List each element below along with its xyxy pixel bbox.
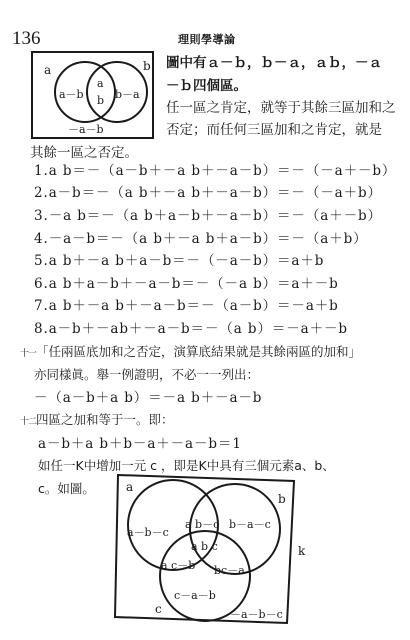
equation-row: 2.a－b＝－（a b＋－a b＋－a－b）＝－（－a＋b） bbox=[34, 185, 382, 201]
equation-number: 2. bbox=[34, 185, 49, 201]
equation-text: a b＋－a b＋a－b＝－（－a－b）＝a＋b bbox=[49, 253, 325, 269]
label-outside: －a－b bbox=[68, 123, 104, 136]
label-b-only: b－a－c bbox=[229, 518, 271, 531]
equation-row: 6.a b＋a－b＋－a－b＝－（－a b）＝a＋－b bbox=[34, 276, 339, 292]
section-11-marker: 十一 bbox=[20, 349, 36, 359]
section-12-statement: 四區之加和等于一。即： bbox=[36, 412, 174, 427]
label-a-minus-b: a－b bbox=[59, 88, 84, 101]
label-bc-not-a: bc－a bbox=[214, 564, 245, 577]
venn-diagram-three-sets: a b c k a－b－c a b－c b－a－c a b c a c－b bc… bbox=[110, 473, 310, 638]
label-abc: a b c bbox=[191, 540, 218, 553]
equation-row: 7.a b＋－a b＋－a－b＝－（a－b）＝－a＋b bbox=[34, 298, 339, 314]
label-outside: －a－b－c bbox=[230, 608, 283, 621]
venn-diagram-two-sets: a b a－b a b b－a －a－b bbox=[30, 50, 160, 142]
equation-text: －a－b＝－（a b＋－a b＋a－b）＝－（a＋b） bbox=[49, 231, 368, 247]
equation-number: 6. bbox=[34, 276, 49, 292]
equation-number: 5. bbox=[34, 253, 49, 269]
section-11-formula: －（a－b＋a b）＝－a b＋－a－b bbox=[34, 390, 262, 406]
equation-number: 1. bbox=[34, 163, 49, 179]
label-b: b bbox=[278, 492, 286, 506]
section-11-line-2: 亦同樣眞。舉一例證明，不必一一列出： bbox=[34, 367, 259, 383]
label-ac-not-b: a c－b bbox=[161, 559, 195, 572]
equation-text: －a b＝－（a b＋a－b＋－a－b）＝－（a＋－b） bbox=[49, 208, 382, 224]
label-a: a bbox=[44, 63, 51, 77]
section-11-statement: 「任兩區底加和之否定，演算底結果就是其餘兩區的加和」 bbox=[36, 344, 361, 359]
equation-row: 8.a－b＋－ab＋－a－b＝－（a b）＝－a＋－b bbox=[34, 321, 348, 337]
intro-line-1: 圖中有ａ－ｂ，ｂ－ａ，ａｂ，－ａ bbox=[166, 55, 382, 71]
label-a: a bbox=[126, 480, 133, 494]
equation-text: a－b＝－（a b＋－a b＋－a－b）＝－（－a＋b） bbox=[49, 185, 382, 201]
equation-number: 4. bbox=[34, 231, 49, 247]
label-b: b bbox=[143, 59, 151, 73]
intro-line-5: 其餘一區之否定。 bbox=[30, 145, 138, 161]
label-ab-not-c: a b－c bbox=[185, 518, 219, 531]
equation-number: 8. bbox=[34, 321, 49, 337]
intro-line-4: 否定；而任何三區加和之肯定，就是 bbox=[166, 122, 382, 138]
equation-number: 7. bbox=[34, 298, 49, 314]
equation-text: a b＝－（a－b＋－a b＋－a－b）＝－（－a＋－b） bbox=[49, 163, 397, 179]
label-c-only: c－a－b bbox=[174, 589, 216, 602]
equation-row: 3.－a b＝－（a b＋a－b＋－a－b）＝－（a＋－b） bbox=[34, 208, 382, 224]
running-title: 理則學導論 bbox=[178, 31, 236, 47]
section-12-line-2: 如任一K中增加一元 c ，即是K中具有三個元素a、b、 bbox=[38, 458, 335, 474]
equation-row: 4.－a－b＝－（a b＋－a b＋a－b）＝－（a＋b） bbox=[34, 231, 368, 247]
label-k: k bbox=[298, 544, 306, 558]
section-12-marker: 十二 bbox=[20, 417, 36, 427]
intro-line-3: 任一區之肯定，就等于其餘三區加和之 bbox=[166, 100, 396, 116]
equation-number: 3. bbox=[34, 208, 49, 224]
section-12-line-3: c。如圖。 bbox=[38, 481, 95, 497]
equation-text: a b＋－a b＋－a－b＝－（a－b）＝－a＋b bbox=[49, 298, 339, 314]
section-12-line-1: 十二四區之加和等于一。即： bbox=[20, 412, 174, 430]
section-11-line-1: 十一「任兩區底加和之否定，演算底結果就是其餘兩區的加和」 bbox=[20, 344, 361, 362]
label-a-only: a－b－c bbox=[127, 526, 169, 539]
equation-text: a b＋a－b＋－a－b＝－（－a b）＝a＋－b bbox=[49, 276, 339, 292]
equation-row: 5.a b＋－a b＋a－b＝－（－a－b）＝a＋b bbox=[34, 253, 324, 269]
label-b-minus-a: b－a bbox=[115, 88, 140, 101]
label-ab-bottom: b bbox=[97, 94, 104, 107]
equation-text: a－b＋－ab＋－a－b＝－（a b）＝－a＋－b bbox=[49, 321, 348, 337]
page-number: 136 bbox=[12, 28, 41, 50]
section-12-formula: a－b＋a b＋b－a＋－a－b＝1 bbox=[38, 436, 242, 452]
label-ab-top: a bbox=[97, 77, 104, 90]
equation-row: 1.a b＝－（a－b＋－a b＋－a－b）＝－（－a＋－b） bbox=[34, 163, 396, 179]
label-c: c bbox=[155, 602, 162, 616]
intro-line-2: －ｂ四個區。 bbox=[166, 78, 247, 94]
